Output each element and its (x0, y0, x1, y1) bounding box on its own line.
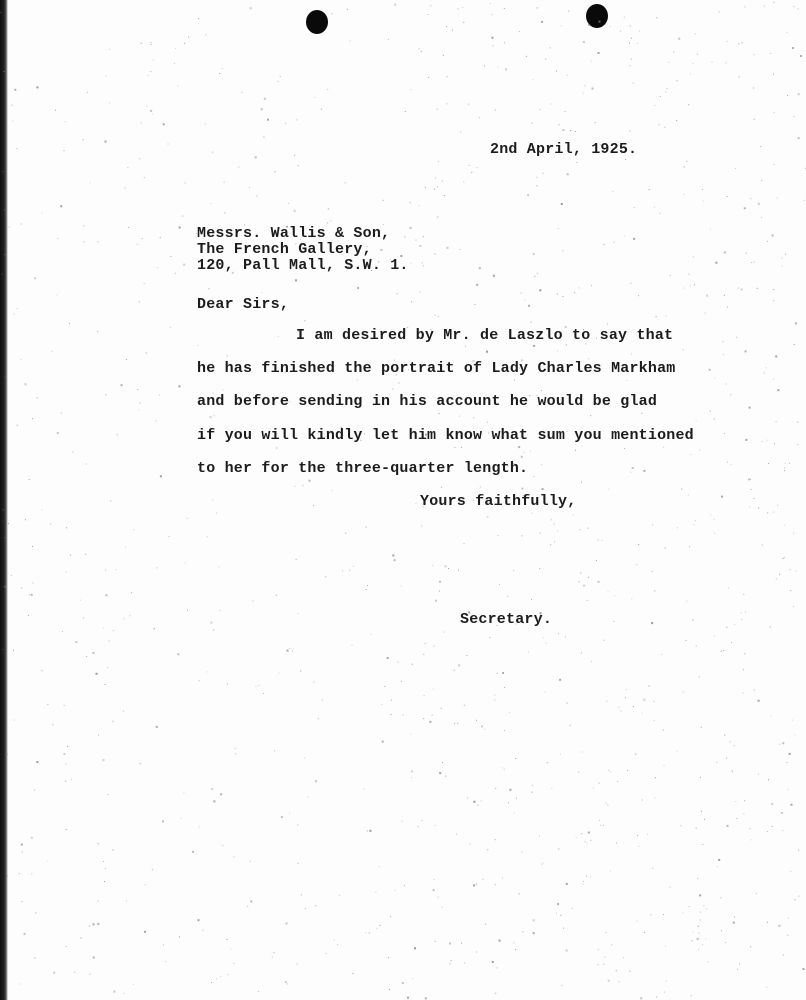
signature: Secretary. (460, 612, 552, 628)
body-line: he has finished the portrait of Lady Cha… (197, 361, 675, 377)
body-line: if you will kindly let him know what sum… (197, 428, 694, 444)
letter-page: 2nd April, 1925. Messrs. Wallis & Son, T… (0, 0, 806, 1000)
body-line: to her for the three-quarter length. (197, 461, 528, 477)
salutation: Dear Sirs, (197, 297, 289, 313)
body-line: and before sending in his account he wou… (197, 394, 657, 410)
punch-hole-icon (306, 10, 328, 34)
punch-hole-icon (586, 4, 608, 28)
body-line: I am desired by Mr. de Laszlo to say tha… (296, 328, 673, 344)
recipient-name: Messrs. Wallis & Son, (197, 226, 390, 242)
recipient-address-line: 120, Pall Mall, S.W. 1. (197, 258, 409, 274)
scan-edge-shadow (0, 0, 8, 1000)
closing: Yours faithfully, (420, 494, 576, 510)
scan-noise (0, 0, 806, 1000)
letter-date: 2nd April, 1925. (490, 142, 637, 158)
recipient-address-line: The French Gallery, (197, 242, 372, 258)
